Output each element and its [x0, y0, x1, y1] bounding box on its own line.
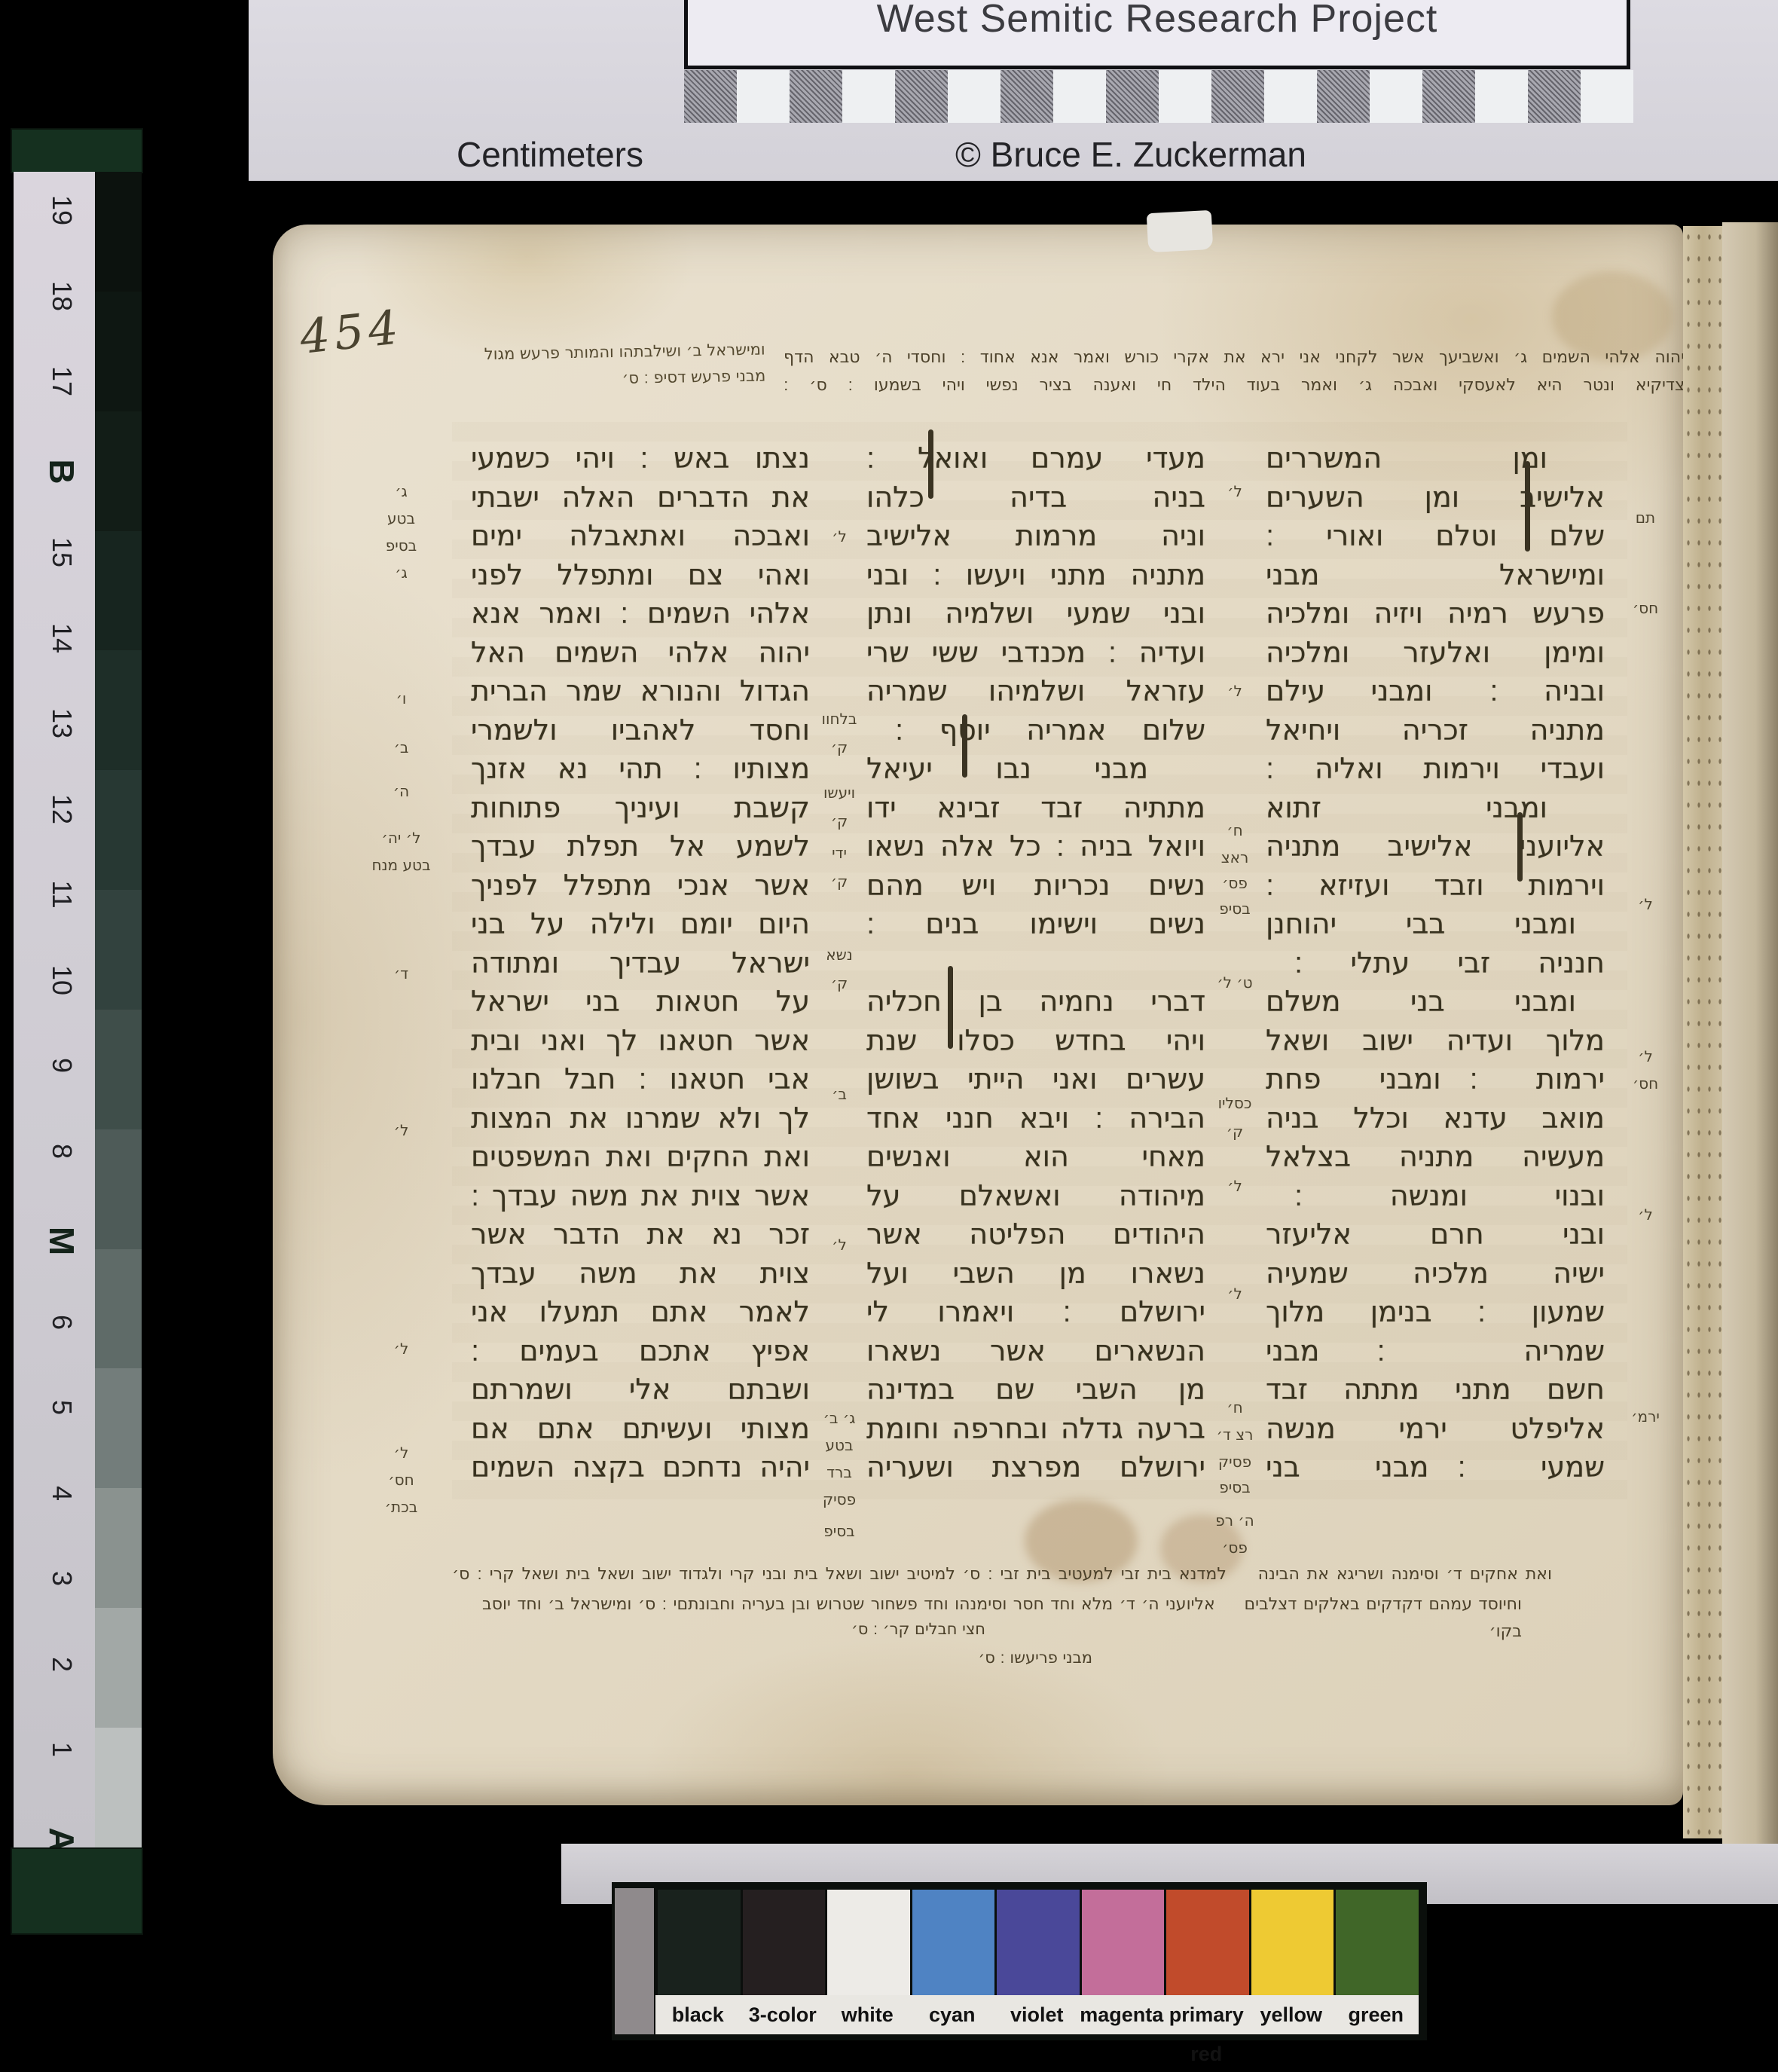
masorah-parva-note: בטע: [354, 509, 448, 527]
bible-text-line: מתתיה זבד זבינא ידו: [866, 789, 1205, 828]
bible-text-line: פרעש רמיה ויזיה ומלכיה: [1266, 594, 1605, 634]
masorah-parva-note: ק׳: [813, 812, 866, 830]
bible-text-line: ושבתם אלי ושמרתם: [471, 1371, 810, 1410]
bible-text-line: שמריה ׃ מבני: [1266, 1332, 1605, 1371]
masorah-parva-note: ב׳: [354, 738, 448, 756]
facing-page-edge: [1722, 222, 1778, 1876]
bible-text-line: היום יומם ולילה על בני: [471, 905, 810, 944]
checker-square: [1475, 70, 1528, 123]
checker-square: [1581, 70, 1633, 123]
bible-text-line: [866, 944, 1205, 983]
bible-text-line: ועדיה ׃ מכנדבי ששי שרי: [866, 634, 1205, 673]
masorah-parva-note: תם: [1609, 509, 1682, 527]
masorah-parva-note: פס׳: [1205, 874, 1264, 892]
masorah-parva-note: פסיק: [813, 1490, 866, 1508]
checker-square: [842, 70, 895, 123]
checker-square: [948, 70, 1001, 123]
folio-number: 454: [298, 299, 405, 365]
wedge-step: [95, 1249, 142, 1369]
masorah-parva-note: ידי: [813, 844, 866, 862]
ruler-mark-15: 15: [46, 530, 78, 575]
bottom-masorah-line: וחיוסד עמהם דקדקים באלקים דצלבים אליועני…: [482, 1591, 1522, 1646]
bible-text-line: ויואל בניה ׃ כל אלה נשאו: [866, 827, 1205, 866]
wedge-step: [95, 890, 142, 1010]
bible-text-line: ויהי בחדש כסלו שנת: [866, 1022, 1205, 1061]
color-swatch-violet: [994, 1890, 1080, 1995]
color-swatch-3-color: [741, 1890, 826, 1995]
masorah-parva-note: ק׳: [813, 873, 866, 891]
masorah-parva-note: ירמ׳: [1609, 1407, 1682, 1426]
corner-masorah-line: מבני פרעש דסיפ ׃ ס׳: [466, 363, 766, 395]
bible-text-line: ובני שמעי ושלמיה ונתן: [866, 594, 1205, 634]
wedge-step: [95, 1010, 142, 1129]
masorah-parva-note: ה׳ רפ: [1205, 1511, 1264, 1530]
bible-text-line: ירמות ׃ ומבני פחת: [1266, 1060, 1605, 1099]
bible-text-line: ומבני בבי יהוחנן: [1266, 905, 1605, 944]
swatch-label: white: [825, 1995, 910, 2034]
ruler-mark-1: 1: [46, 1727, 78, 1772]
masorah-parva-note: בסיפ: [354, 536, 448, 555]
ruler-mark-2: 2: [46, 1642, 78, 1687]
masorah-parva-note: בטע: [813, 1436, 866, 1454]
bible-text-line: ואבכה ואתאבלה ימים: [471, 517, 810, 556]
bottom-masorah-fragment: חצי חבלים קר׳ ׃ ס׳: [805, 1620, 985, 1638]
manuscript-photo-stage: West Semitic Research Project Centimeter…: [0, 0, 1778, 2072]
swatch-label: black: [655, 1995, 741, 2034]
bible-text-line: עזראל ושלמיהו שמריה: [866, 672, 1205, 711]
bible-text-line: ומבני זתוא: [1266, 789, 1605, 828]
bible-text-line: יהיה נדחכם בקצה השמים: [471, 1448, 810, 1487]
ruler-mark-B: B: [41, 449, 82, 494]
masorah-parva-note: בכת׳: [354, 1498, 448, 1516]
bible-text-line: נצתו באש ׃ ויהי כשמעי: [471, 439, 810, 478]
bible-text-line: על חטאות בני ישראל: [471, 983, 810, 1022]
masorah-parva-note: ל׳: [354, 1444, 448, 1462]
ruler-mark-8: 8: [46, 1129, 78, 1174]
bible-text-line: קשבת ועיניך פתוחות: [471, 789, 810, 828]
masorah-parva-note: ג׳: [354, 482, 448, 500]
ruler-mark-11: 11: [46, 872, 78, 917]
bible-text-line: נשארו מן השבי ועל: [866, 1255, 1205, 1294]
masorah-parva-note: ב׳: [813, 1085, 866, 1103]
masorah-parva-note: ח׳: [1205, 1398, 1264, 1416]
swatch-label: cyan: [910, 1995, 995, 2034]
bible-text-line: מלוך ועדיה ישוב ושאל: [1266, 1022, 1605, 1061]
bible-text-line: אשר צוית את משה עבדך ׃: [471, 1177, 810, 1216]
bible-text-line: הבירה ׃ ויבא חנני אחד: [866, 1099, 1205, 1138]
ruler-mark-3: 3: [46, 1556, 78, 1601]
color-swatch-yellow: [1249, 1890, 1334, 1995]
masorah-parva-note: ל׳ יה׳: [354, 829, 448, 847]
ruler-mark-4: 4: [46, 1471, 78, 1516]
wedge-step: [95, 650, 142, 770]
bottom-masorah-line: ואת אחקים ד׳ וסימנה ושריגא את הבינה למדנ…: [452, 1561, 1552, 1588]
bible-text-line: ואת החקים ואת המשפטים: [471, 1138, 810, 1177]
checker-square: [895, 70, 948, 123]
bible-text-line: שלם וטלם ואורי ׃: [1266, 517, 1605, 556]
copyright-caption: © Bruce E. Zuckerman: [955, 134, 1306, 175]
checker-square: [1106, 70, 1159, 123]
bible-text-line: דברי נחמיה בן חכליה: [866, 983, 1205, 1022]
top-masorah-line: יהוה אלהי השמים ג׳ ואשביעך אשר לקחני אני…: [784, 344, 1685, 371]
wedge-step: [95, 1129, 142, 1249]
ruler-mark-18: 18: [46, 274, 78, 319]
checker-square: [1001, 70, 1053, 123]
masorah-parva-note: ל׳: [1205, 482, 1264, 500]
checker-square: [1528, 70, 1581, 123]
checker-square: [1211, 70, 1264, 123]
color-swatch-magenta: [1080, 1890, 1165, 1995]
bible-text-line: שמעי ׃ מבני בני: [1266, 1448, 1605, 1487]
text-column-right: ומן המשרריםאלישיב ומן השעריםשלם וטלם ואו…: [1266, 439, 1605, 1487]
masorah-parva-note: ל׳: [813, 527, 866, 546]
masorah-parva-note: ק׳: [1205, 1123, 1264, 1141]
masorah-parva-note: בטע מנח: [354, 856, 448, 874]
wedge-step: [95, 1608, 142, 1728]
ruler-top-cap: [11, 128, 143, 173]
bottom-masorah-fragment: מבני פריעשו ׃ ס׳: [927, 1649, 1092, 1667]
wedge-step: [95, 1488, 142, 1608]
swatch-label: primary red: [1164, 1995, 1249, 2034]
wedge-step: [95, 411, 142, 531]
wedge-step: [95, 1368, 142, 1488]
bible-text-line: ירושלם ׃ ויאמרו לי: [866, 1293, 1205, 1332]
masorah-parva-note: חס׳: [354, 1471, 448, 1489]
masorah-parva-note: רצ ד׳: [1205, 1426, 1264, 1444]
bible-text-line: יהוה אלהי השמים האל: [471, 634, 810, 673]
bible-text-line: חנניה זבי עתלי ׃: [1266, 944, 1605, 983]
bible-text-line: מעדי עמרם ואואל ׃: [866, 439, 1205, 478]
checker-square: [684, 70, 737, 123]
bible-text-line: ומבני בני משלם: [1266, 983, 1605, 1022]
cm-checker-scale: [684, 70, 1633, 123]
bible-text-line: ומן המשררים: [1266, 439, 1605, 478]
masorah-parva-note: בסיפ: [1205, 900, 1264, 918]
centimeters-caption: Centimeters: [457, 134, 643, 175]
bible-text-line: מתניה מתני ויעשו ׃ ובני: [866, 556, 1205, 595]
ruler-mark-9: 9: [46, 1043, 78, 1088]
bible-text-line: מתניה זכריה ויחיאל: [1266, 711, 1605, 750]
bible-text-line: אפיץ אתכם בעמים ׃: [471, 1332, 810, 1371]
masorah-parva-note: ל׳: [354, 1121, 448, 1139]
checker-square: [790, 70, 842, 123]
color-swatch-primary-red: [1164, 1890, 1249, 1995]
top-light-panel: West Semitic Research Project Centimeter…: [249, 0, 1778, 181]
ruler-mark-6: 6: [46, 1300, 78, 1345]
masorah-parva-note: בלחוו: [813, 710, 866, 728]
project-title: West Semitic Research Project: [688, 0, 1627, 41]
bible-text-line: עשרים ואני הייתי בשושן: [866, 1060, 1205, 1099]
bible-text-line: נשים וישימו בנים ׃: [866, 905, 1205, 944]
bible-text-line: לך ולא שמרנו את המצות: [471, 1099, 810, 1138]
swatch-label: yellow: [1249, 1995, 1334, 2034]
wedge-step: [95, 292, 142, 411]
masorah-parva-note: ק׳: [813, 738, 866, 756]
masorah-parva-note: כסליו: [1205, 1094, 1264, 1112]
masorah-parva-note: ט׳ ל׳: [1205, 973, 1264, 992]
swatch-label: green: [1333, 1995, 1419, 2034]
bible-text-line: חשם מתני מתתה זבד: [1266, 1371, 1605, 1410]
bible-text-line: ועבדי וירמות ואליה ׃: [1266, 750, 1605, 789]
bible-text-line: וירמות וזבד ועזיזא ׃: [1266, 866, 1605, 906]
masorah-parva-note: ל׳: [1609, 895, 1682, 913]
ruler-mark-12: 12: [46, 787, 78, 832]
masorah-parva-note: ל׳: [813, 1236, 866, 1254]
ruler-mark-M: M: [41, 1218, 82, 1264]
masorah-parva-note: ה׳: [354, 782, 448, 800]
bible-text-line: מאחי הוא ואנשים: [866, 1138, 1205, 1177]
corner-masorah-note: ומישראל ב׳ ושילבתהו והמותר פרעש מגול מבנ…: [465, 337, 765, 395]
masorah-parva-note: ברד: [813, 1463, 866, 1481]
masorah-parva-note: בסיפ: [1205, 1478, 1264, 1496]
bible-text-line: הנשארים אשר נשארו: [866, 1332, 1205, 1371]
checker-square: [1159, 70, 1211, 123]
bible-text-line: אבי חטאנו ׃ חבל חבלנו: [471, 1060, 810, 1099]
bible-text-line: את הדברים האלה ישבתי: [471, 478, 810, 518]
ruler-mark-10: 10: [46, 958, 78, 1003]
bible-text-line: ברעה גדלה ובחרפה וחומת: [866, 1410, 1205, 1449]
pen-stroke: [1517, 812, 1523, 882]
bible-text-line: אליועני אלישיב מתניה: [1266, 827, 1605, 866]
bible-text-line: ומימן ואלעזר ומלכיה: [1266, 634, 1605, 673]
text-column-left: נצתו באש ׃ ויהי כשמעיאת הדברים האלה ישבת…: [471, 439, 810, 1487]
calibration-gray-strip: [615, 1888, 654, 2034]
checker-square: [1264, 70, 1317, 123]
bible-text-line: וחסד לאהביו ולשמרי: [471, 711, 810, 750]
top-masorah-magna: יהוה אלהי השמים ג׳ ואשביעך אשר לקחני אני…: [784, 344, 1685, 399]
bible-text-line: מעשיה מתניה בצלאל: [1266, 1138, 1605, 1177]
bible-text-line: אליפלט ירמי מנשה: [1266, 1410, 1605, 1449]
wedge-step: [95, 531, 142, 651]
ruler-mark-19: 19: [46, 188, 78, 233]
color-swatch-cyan: [910, 1890, 995, 1995]
bible-text-line: הגדול והנורא שמר הברית: [471, 672, 810, 711]
bible-text-line: אשר אנכי מתפלל לפניך: [471, 866, 810, 906]
masorah-parva-note: ל׳: [1609, 1047, 1682, 1065]
bible-text-line: היהודים הפליטה אשר: [866, 1215, 1205, 1255]
bible-text-line: שמעון ׃ בנימן מלוך: [1266, 1293, 1605, 1332]
bible-text-line: מבני נבו יעיאל: [866, 750, 1205, 789]
color-swatch-white: [825, 1890, 910, 1995]
swatch-label: violet: [994, 1995, 1080, 2034]
masorah-parva-note: חס׳: [1609, 1074, 1682, 1093]
checker-square: [1317, 70, 1370, 123]
bible-text-line: ירושלם מפרצת ושעריה: [866, 1448, 1205, 1487]
checker-square: [1053, 70, 1106, 123]
bible-text-line: ואהי צם ומתפלל לפני: [471, 556, 810, 595]
bible-text-line: מיהודה ואשאלם על: [866, 1177, 1205, 1216]
checker-square: [737, 70, 790, 123]
swatch-label: magenta: [1080, 1995, 1165, 2034]
masorah-parva-note: ח׳: [1205, 821, 1264, 839]
color-swatch-green: [1333, 1890, 1419, 1995]
masorah-parva-note: ד׳: [354, 964, 448, 983]
ruler-bottom-cap: [11, 1847, 143, 1935]
bible-text-line: לשמע אל תפלת עבדך: [471, 827, 810, 866]
masorah-parva-note: נשא: [813, 946, 866, 964]
masorah-parva-note: ויעשו: [813, 784, 866, 802]
masorah-parva-note: בסיפ: [813, 1522, 866, 1540]
project-label-card: West Semitic Research Project: [684, 0, 1630, 69]
bible-text-line: צוית את משה עבדך: [471, 1255, 810, 1294]
masorah-parva-note: ל׳: [1205, 1177, 1264, 1195]
masorah-parva-note: פסיק: [1205, 1453, 1264, 1471]
bible-text-line: נשים נכריות ויש מהם: [866, 866, 1205, 906]
top-masorah-line: צדיקיא ונטר היא לאעסקי ואבכה ג׳ ואמר בעו…: [784, 371, 1685, 399]
masorah-parva-note: ל׳: [1205, 682, 1264, 700]
bible-text-line: אלישיב ומן השערים: [1266, 478, 1605, 518]
masorah-parva-note: ל׳: [1205, 1285, 1264, 1303]
checker-square: [1422, 70, 1475, 123]
bible-text-line: זכר נא את הדבר אשר: [471, 1215, 810, 1255]
page-top-tab: [1147, 210, 1214, 252]
masorah-parva-note: ו׳: [354, 689, 448, 707]
wedge-step: [95, 1728, 142, 1847]
masorah-parva-note: ל׳: [1609, 1206, 1682, 1224]
swatch-label: 3-color: [741, 1995, 826, 2034]
bible-text-line: אלהי השמים ׃ ואמר אנא: [471, 594, 810, 634]
bible-text-line: ובנוי ומנשה ׃: [1266, 1177, 1605, 1216]
bible-text-line: לאמר אתם תמעלו אני: [471, 1293, 810, 1332]
masorah-parva-note: פס׳: [1205, 1539, 1264, 1557]
pen-stroke: [928, 429, 933, 499]
masorah-parva-note: ג׳ ב׳: [813, 1409, 866, 1427]
bible-text-line: מצותיו ׃ תהי נא אזנך: [471, 750, 810, 789]
ruler-mark-13: 13: [46, 701, 78, 746]
bible-text-line: מואב עדנא וכלל בניה: [1266, 1099, 1605, 1138]
bible-text-line: ישיה מלכיה שמעיה: [1266, 1255, 1605, 1294]
masorah-parva-note: ג׳: [354, 564, 448, 582]
wedge-step: [95, 770, 142, 890]
bible-text-line: ובני חרם אליעזר: [1266, 1215, 1605, 1255]
color-swatch-black: [655, 1890, 741, 1995]
page-gutter: [1683, 226, 1722, 1838]
bible-text-line: וניה מרמות אלישיב: [866, 517, 1205, 556]
ruler-step-wedge: [95, 172, 142, 1847]
bible-text-line: בניה בדיה כלהו: [866, 478, 1205, 518]
bible-text-line: שלום אמריה יוסף ׃: [866, 711, 1205, 750]
ruler-mark-17: 17: [46, 359, 78, 404]
masorah-parva-note: ק׳: [813, 974, 866, 992]
ruler-mark-14: 14: [46, 616, 78, 661]
bible-text-line: אשר חטאנו לך ואני ובית: [471, 1022, 810, 1061]
bible-text-line: מן השבי שם במדינה: [866, 1371, 1205, 1410]
masorah-parva-note: חס׳: [1609, 599, 1682, 617]
color-calibration-bar: black3-colorwhitecyanvioletmagentaprimar…: [612, 1882, 1427, 2040]
bible-text-line: מצותי ועשיתם אתם אם: [471, 1410, 810, 1449]
text-column-middle: מעדי עמרם ואואל ׃בניה בדיה כלהווניה מרמו…: [866, 439, 1205, 1487]
wedge-step: [95, 172, 142, 292]
checker-square: [1370, 70, 1422, 123]
ruler-mark-5: 5: [46, 1385, 78, 1430]
bible-text-line: ובניה ׃ ומבני עילם: [1266, 672, 1605, 711]
bible-text-line: ישראל עבדיך ומתודה: [471, 944, 810, 983]
masorah-parva-note: ל׳: [354, 1340, 448, 1358]
bible-text-line: ומישראל מבני: [1266, 556, 1605, 595]
pen-stroke: [948, 966, 953, 1049]
masorah-parva-note: ראצ: [1205, 848, 1264, 866]
pen-stroke: [962, 714, 967, 778]
pen-stroke: [1525, 461, 1530, 552]
